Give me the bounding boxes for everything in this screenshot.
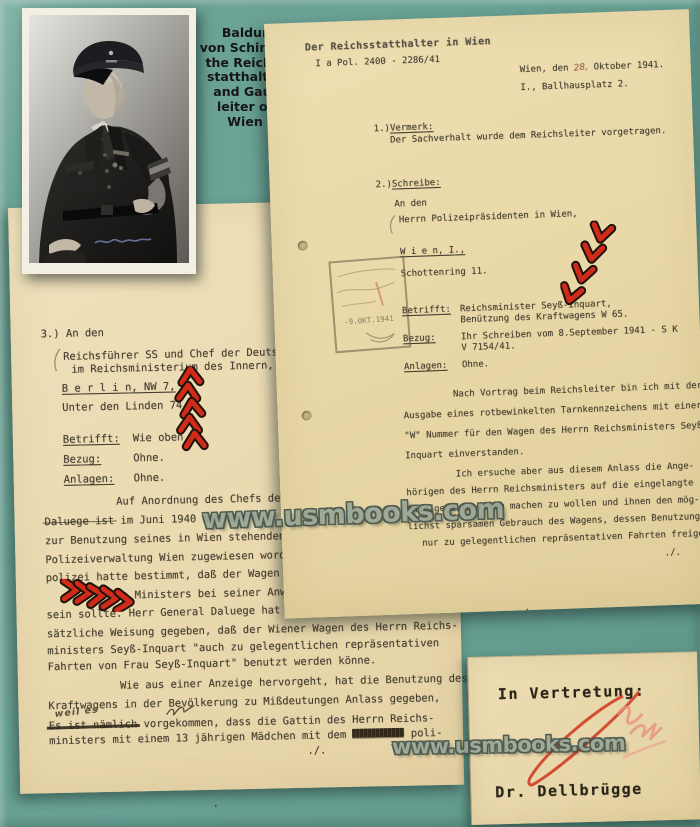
item-number: 2.) bbox=[376, 180, 393, 191]
pencil-tick bbox=[51, 347, 64, 373]
street-line: Schottenring 11. bbox=[401, 266, 488, 279]
anlagen-value: Ohne. bbox=[134, 472, 166, 485]
date-text: Oktober 1941. bbox=[588, 60, 664, 73]
paragraph-line: Polizeiverwaltung Wien zugewiesen worden… bbox=[45, 549, 304, 566]
city-line: B e r l i n, NW 7, bbox=[62, 381, 176, 395]
date-line: Wien, den 28, Oktober 1941. bbox=[520, 60, 665, 75]
belt-buckle bbox=[101, 205, 113, 215]
bezug-value: V 7154/41. bbox=[461, 341, 516, 353]
item-number: 1.) bbox=[374, 124, 391, 135]
medal bbox=[119, 166, 123, 170]
betrifft-label: Betrifft: bbox=[402, 305, 451, 317]
anlagen-label: Anlagen: bbox=[404, 361, 448, 373]
city-line: W i e n, I., bbox=[400, 245, 465, 257]
red-arrows-up bbox=[171, 366, 213, 467]
paragraph-line: Nach Vortrag beim Reichsleiter bin ich m… bbox=[453, 381, 700, 400]
pencil-tick bbox=[387, 213, 398, 235]
continuation-mark: ./. bbox=[307, 744, 326, 756]
page-dot: . bbox=[212, 798, 219, 810]
hole-punch bbox=[302, 411, 312, 421]
cap-cord bbox=[106, 60, 117, 62]
item-1-heading: 1.)Vermerk: bbox=[374, 122, 434, 134]
stamp-date: -9.OKT.1941 bbox=[344, 314, 394, 327]
stamp-scribbles: -9.OKT.1941 bbox=[331, 258, 410, 351]
item-title: Vermerk: bbox=[390, 122, 434, 134]
handwritten-day: 28, bbox=[573, 62, 588, 73]
page-dot: . bbox=[524, 603, 530, 613]
ear bbox=[117, 91, 125, 103]
paragraph-line: Ausgabe eines rotbewinkelten Tarnkennzei… bbox=[404, 401, 700, 421]
item-title: Schreibe: bbox=[392, 178, 441, 190]
paragraph-line: Inquart einverstanden. bbox=[405, 447, 524, 461]
page-background: { "photo": { "caption": ["Baldur", "von … bbox=[0, 0, 700, 827]
continuation-mark: ./. bbox=[665, 548, 682, 559]
coat-button bbox=[107, 185, 111, 189]
cap-insignia bbox=[109, 51, 113, 55]
address-line: I., Ballhausplatz 2. bbox=[520, 79, 629, 93]
item-3-heading: 3.) An den bbox=[41, 327, 104, 340]
paragraph-line: Kraftwagens in der Bevölkerung zu Mißdeu… bbox=[48, 692, 440, 712]
handwritten-scribble bbox=[164, 705, 200, 718]
coat-button bbox=[105, 169, 109, 173]
reference-number: I a Pol. 2400 - 2286/41 bbox=[315, 55, 440, 69]
paragraph-line: Fahrten von Frau Seyß-Inquart" benutzt w… bbox=[48, 654, 377, 673]
hole-punch bbox=[298, 241, 308, 251]
bezug-value: Ihr Schreiben vom 8.September 1941 - S K bbox=[461, 325, 678, 343]
coat-button bbox=[103, 153, 107, 157]
watermark: www.usmbooks.com bbox=[392, 731, 626, 759]
anlagen-label: Anlagen: bbox=[64, 473, 115, 486]
paragraph-line: Wie aus einer Anzeige hervorgeht, hat di… bbox=[120, 672, 468, 691]
letterhead: Der Reichsstatthalter in Wien bbox=[305, 36, 491, 53]
struck-text: Daluege ist bbox=[44, 515, 114, 528]
medal bbox=[113, 163, 118, 168]
betrifft-label: Betrifft: bbox=[63, 433, 120, 446]
registry-stamp: -9.OKT.1941 bbox=[328, 256, 411, 354]
red-arrows-right bbox=[60, 577, 141, 613]
bezug-label: Bezug: bbox=[63, 453, 101, 466]
signer-name: Dr. Dellbrügge bbox=[495, 780, 643, 802]
paragraph-line: "W" Nummer für den Wagen des Herrn Reich… bbox=[404, 421, 700, 442]
street-line: Unter den Linden 74. bbox=[62, 399, 189, 414]
bezug-value: Ohne. bbox=[133, 452, 165, 465]
date-text: Wien, den bbox=[520, 63, 575, 75]
paragraph-line: Ich ersuche aber aus diesem Anlass die A… bbox=[456, 461, 695, 479]
recipient-line: Herrn Polizeipräsidenten in Wien, bbox=[399, 209, 578, 225]
an-den-line: An den bbox=[394, 198, 427, 209]
photo-frame bbox=[22, 8, 196, 274]
item-2-heading: 2.)Schreibe: bbox=[376, 178, 441, 190]
portrait-photo bbox=[29, 15, 189, 263]
paragraph-line: ministers Seyß-Inquart "auch zu gelegent… bbox=[47, 637, 439, 657]
paragraph-line: nur zu gelegentlichen repräsentativen Fa… bbox=[422, 528, 700, 548]
struck-text: Es ist nämlich bbox=[49, 718, 138, 732]
anlagen-value: Ohne. bbox=[462, 359, 489, 370]
pocket-button bbox=[78, 171, 82, 175]
red-arrows-down bbox=[558, 220, 623, 314]
